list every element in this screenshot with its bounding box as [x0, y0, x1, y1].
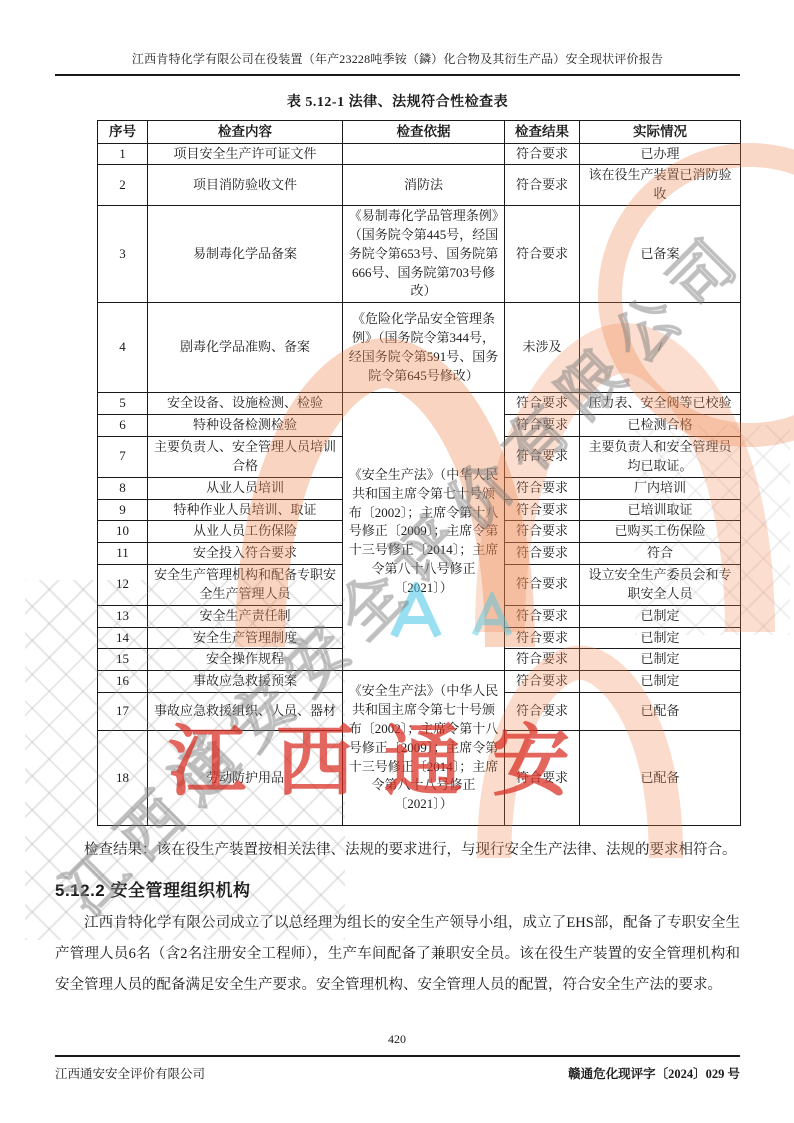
- cell-actual: 已配备: [580, 693, 741, 731]
- cell-no: 17: [98, 693, 148, 731]
- cell-actual: 已配备: [580, 731, 741, 826]
- table-title: 表 5.12-1 法律、法规符合性检查表: [55, 91, 740, 111]
- cell-actual: 主要负责人和安全管理员均已取证。: [580, 437, 741, 478]
- cell-content: 事故应急救援预案: [148, 671, 343, 693]
- cell-no: 15: [98, 649, 148, 671]
- table-row: 3 易制毒化学品备案 《易制毒化学品管理条例》（国务院令第445号，经国务院令第…: [98, 206, 741, 303]
- cell-no: 11: [98, 543, 148, 565]
- footer-report-number: 赣通危化现评字〔2024〕029 号: [568, 1064, 740, 1082]
- page-footer: 江西通安安全评价有限公司 赣通危化现评字〔2024〕029 号: [55, 1055, 740, 1082]
- cell-actual: 厂内培训: [580, 477, 741, 499]
- cell-result: 符合要求: [505, 731, 580, 826]
- section-heading: 5.12.2 安全管理组织机构: [55, 876, 740, 901]
- cell-no: 6: [98, 415, 148, 437]
- footer-company-name: 江西通安安全评价有限公司: [55, 1064, 205, 1082]
- cell-basis: 《易制毒化学品管理条例》（国务院令第445号，经国务院令第653号、国务院第66…: [343, 206, 505, 303]
- cell-content: 从业人员培训: [148, 477, 343, 499]
- cell-result: 符合要求: [505, 565, 580, 606]
- cell-basis: 消防法: [343, 165, 505, 206]
- table-row: 2 项目消防验收文件 消防法 符合要求 该在役生产装置已消防验收: [98, 165, 741, 206]
- cell-actual: 已制定: [580, 627, 741, 649]
- cell-actual: 已培训取证: [580, 499, 741, 521]
- cell-actual: 已制定: [580, 671, 741, 693]
- cell-content: 从业人员工伤保险: [148, 521, 343, 543]
- table-row: 4 剧毒化学品准购、备案 《危险化学品安全管理条例》（国务院令第344号，经国务…: [98, 303, 741, 393]
- cell-result: 符合要求: [505, 605, 580, 627]
- cell-result: 符合要求: [505, 165, 580, 206]
- cell-actual: 已购买工伤保险: [580, 521, 741, 543]
- cell-basis: 《危险化学品安全管理条例》（国务院令第344号，经国务院令第591号、国务院令第…: [343, 303, 505, 393]
- cell-actual: 设立安全生产委员会和专职安全人员: [580, 565, 741, 606]
- cell-content: 项目消防验收文件: [148, 165, 343, 206]
- cell-basis-empty: [343, 143, 505, 165]
- cell-result: 符合要求: [505, 477, 580, 499]
- cell-content: 易制毒化学品备案: [148, 206, 343, 303]
- cell-no: 16: [98, 671, 148, 693]
- cell-result: 符合要求: [505, 649, 580, 671]
- cell-basis-merged-5-15: 《安全生产法》（中华人民共和国主席令第七十号颁布〔2002〕；主席令第十八号修正…: [343, 393, 505, 671]
- cell-no: 10: [98, 521, 148, 543]
- compliance-check-table: 序号 检查内容 检查依据 检查结果 实际情况 1 项目安全生产许可证文件 符合要…: [97, 120, 741, 826]
- table-header-row: 序号 检查内容 检查依据 检查结果 实际情况: [98, 121, 741, 144]
- cell-result: 未涉及: [505, 303, 580, 393]
- cell-actual: 已备案: [580, 206, 741, 303]
- col-header-result: 检查结果: [505, 121, 580, 144]
- cell-content: 项目安全生产许可证文件: [148, 143, 343, 165]
- cell-content: 特种作业人员培训、取证: [148, 499, 343, 521]
- page-header-title: 江西肯特化学有限公司在役装置（年产23228吨季铵（鏻）化合物及其衍生产品）安全…: [55, 50, 740, 76]
- cell-content: 特种设备检测检验: [148, 415, 343, 437]
- col-header-basis: 检查依据: [343, 121, 505, 144]
- cell-basis-merged-16-18: 《安全生产法》（中华人民共和国主席令第七十号颁布〔2002〕；主席令第十八号修正…: [343, 671, 505, 826]
- cell-actual: 符合: [580, 543, 741, 565]
- col-header-actual: 实际情况: [580, 121, 741, 144]
- cell-result: 符合要求: [505, 543, 580, 565]
- cell-content: 安全操作规程: [148, 649, 343, 671]
- cell-no: 5: [98, 393, 148, 415]
- cell-content: 劳动防护用品: [148, 731, 343, 826]
- cell-no: 7: [98, 437, 148, 478]
- cell-actual: 压力表、安全阀等已校验: [580, 393, 741, 415]
- cell-content: 安全生产责任制: [148, 605, 343, 627]
- cell-result: 符合要求: [505, 671, 580, 693]
- cell-result: 符合要求: [505, 415, 580, 437]
- cell-actual: 该在役生产装置已消防验收: [580, 165, 741, 206]
- cell-no: 8: [98, 477, 148, 499]
- col-header-content: 检查内容: [148, 121, 343, 144]
- table-row: 5 安全设备、设施检测、检验 《安全生产法》（中华人民共和国主席令第七十号颁布〔…: [98, 393, 741, 415]
- col-header-no: 序号: [98, 121, 148, 144]
- document-page: 江西肯特化学有限公司在役装置（年产23228吨季铵（鏻）化合物及其衍生产品）安全…: [0, 0, 794, 1123]
- cell-content: 事故应急救援组织、人员、器材: [148, 693, 343, 731]
- page-content: 江西肯特化学有限公司在役装置（年产23228吨季铵（鏻）化合物及其衍生产品）安全…: [55, 50, 740, 1001]
- cell-content: 安全生产管理制度: [148, 627, 343, 649]
- cell-result: 符合要求: [505, 499, 580, 521]
- cell-no: 18: [98, 731, 148, 826]
- cell-result: 符合要求: [505, 143, 580, 165]
- cell-result: 符合要求: [505, 521, 580, 543]
- result-note-paragraph: 检查结果：该在役生产装置按相关法律、法规的要求进行，与现行安全生产法律、法规的要…: [55, 835, 740, 866]
- cell-result: 符合要求: [505, 693, 580, 731]
- cell-no: 1: [98, 143, 148, 165]
- cell-actual: 已办理: [580, 143, 741, 165]
- cell-result: 符合要求: [505, 627, 580, 649]
- cell-no: 2: [98, 165, 148, 206]
- table-row: 16 事故应急救援预案 《安全生产法》（中华人民共和国主席令第七十号颁布〔200…: [98, 671, 741, 693]
- cell-content: 安全投入符合要求: [148, 543, 343, 565]
- cell-content: 主要负责人、安全管理人员培训合格: [148, 437, 343, 478]
- cell-actual: 已制定: [580, 605, 741, 627]
- cell-actual: 已制定: [580, 649, 741, 671]
- cell-actual: /: [580, 303, 741, 393]
- cell-no: 4: [98, 303, 148, 393]
- page-number: 420: [0, 1032, 794, 1047]
- cell-no: 14: [98, 627, 148, 649]
- cell-actual: 已检测合格: [580, 415, 741, 437]
- cell-content: 安全设备、设施检测、检验: [148, 393, 343, 415]
- cell-no: 3: [98, 206, 148, 303]
- cell-content: 安全生产管理机构和配备专职安全生产管理人员: [148, 565, 343, 606]
- cell-no: 9: [98, 499, 148, 521]
- cell-result: 符合要求: [505, 437, 580, 478]
- body-paragraph: 江西肯特化学有限公司成立了以总经理为组长的安全生产领导小组，成立了EHS部，配备…: [55, 908, 740, 1001]
- cell-no: 13: [98, 605, 148, 627]
- cell-no: 12: [98, 565, 148, 606]
- cell-result: 符合要求: [505, 393, 580, 415]
- cell-content: 剧毒化学品准购、备案: [148, 303, 343, 393]
- cell-result: 符合要求: [505, 206, 580, 303]
- table-row: 1 项目安全生产许可证文件 符合要求 已办理: [98, 143, 741, 165]
